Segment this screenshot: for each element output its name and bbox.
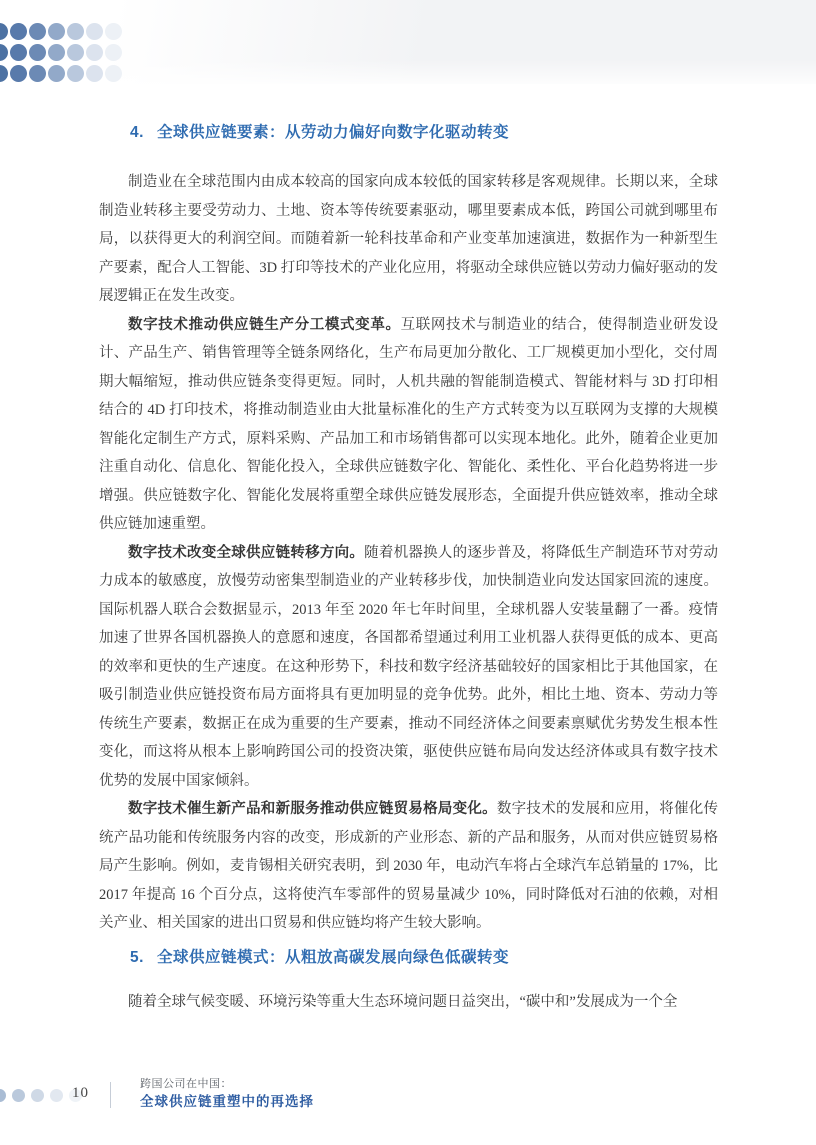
dot-icon <box>67 65 84 82</box>
paragraph: 制造业在全球范围内由成本较高的国家向成本较低的国家转移是客观规律。长期以来，全球… <box>99 168 718 311</box>
paragraph-lead: 数字技术催生新产品和新服务推动供应链贸易格局变化。 <box>128 801 497 817</box>
dot-icon <box>12 1089 25 1102</box>
section-number: 4. <box>130 124 144 141</box>
dot-icon <box>29 44 46 61</box>
dot-icon <box>29 65 46 82</box>
page-number: 10 <box>72 1085 89 1102</box>
paragraph-lead: 数字技术推动供应链生产分工模式变革。 <box>128 317 401 333</box>
paragraph: 数字技术推动供应链生产分工模式变革。互联网技术与制造业的结合，使得制造业研发设计… <box>99 311 718 539</box>
dot-icon <box>67 23 84 40</box>
footer-title-line1: 跨国公司在中国： <box>140 1077 314 1092</box>
dot-icon <box>31 1089 44 1102</box>
dot-icon <box>10 44 27 61</box>
dot-icon <box>10 23 27 40</box>
paragraph: 数字技术改变全球供应链转移方向。随着机器换人的逐步普及，将降低生产制造环节对劳动… <box>99 539 718 796</box>
dot-icon <box>29 23 46 40</box>
footer-divider <box>110 1082 111 1108</box>
dot-icon <box>0 23 8 40</box>
paragraph-text: 随着全球气候变暖、环境污染等重大生态环境问题日益突出，“碳中和”发展成为一个全 <box>128 994 677 1010</box>
paragraph: 数字技术催生新产品和新服务推动供应链贸易格局变化。数字技术的发展和应用，将催化传… <box>99 795 718 938</box>
dot-icon <box>48 44 65 61</box>
dot-icon <box>67 44 84 61</box>
paragraph-text: 随着机器换人的逐步普及，将降低生产制造环节对劳动力成本的敏感度，放慢劳动密集型制… <box>99 545 718 789</box>
dot-icon <box>10 65 27 82</box>
footer-dots-decoration <box>0 1089 82 1102</box>
paragraph-text: 互联网技术与制造业的结合，使得制造业研发设计、产品生产、销售管理等全链条网络化，… <box>99 317 718 533</box>
dot-icon <box>48 23 65 40</box>
section-title: 全球供应链模式：从粗放高碳发展向绿色低碳转变 <box>157 949 509 966</box>
paragraph-text: 制造业在全球范围内由成本较高的国家向成本较低的国家转移是客观规律。长期以来，全球… <box>99 174 718 304</box>
dot-icon <box>0 44 8 61</box>
section-heading-4: 4.全球供应链要素：从劳动力偏好向数字化驱动转变 <box>99 124 718 142</box>
dot-icon <box>48 65 65 82</box>
footer-title-line2: 全球供应链重塑中的再选择 <box>140 1094 314 1109</box>
section-heading-5: 5.全球供应链模式：从粗放高碳发展向绿色低碳转变 <box>99 949 718 967</box>
dot-icon <box>50 1089 63 1102</box>
paragraph: 随着全球气候变暖、环境污染等重大生态环境问题日益突出，“碳中和”发展成为一个全 <box>99 988 718 1017</box>
top-margin <box>99 0 718 124</box>
dot-icon <box>0 1089 6 1102</box>
paragraph-text: 数字技术的发展和应用，将催化传统产品功能和传统服务内容的改变，形成新的产业形态、… <box>99 801 718 931</box>
section-number: 5. <box>130 949 144 966</box>
dot-icon <box>0 65 8 82</box>
footer-report-title: 跨国公司在中国： 全球供应链重塑中的再选择 <box>140 1077 314 1109</box>
document-page: 4.全球供应链要素：从劳动力偏好向数字化驱动转变 制造业在全球范围内由成本较高的… <box>0 0 816 1145</box>
section-title: 全球供应链要素：从劳动力偏好向数字化驱动转变 <box>157 124 509 141</box>
page-footer: 10 跨国公司在中国： 全球供应链重塑中的再选择 <box>0 1076 816 1122</box>
paragraph-lead: 数字技术改变全球供应链转移方向。 <box>128 545 364 561</box>
page-body: 4.全球供应链要素：从劳动力偏好向数字化驱动转变 制造业在全球范围内由成本较高的… <box>99 0 718 1016</box>
